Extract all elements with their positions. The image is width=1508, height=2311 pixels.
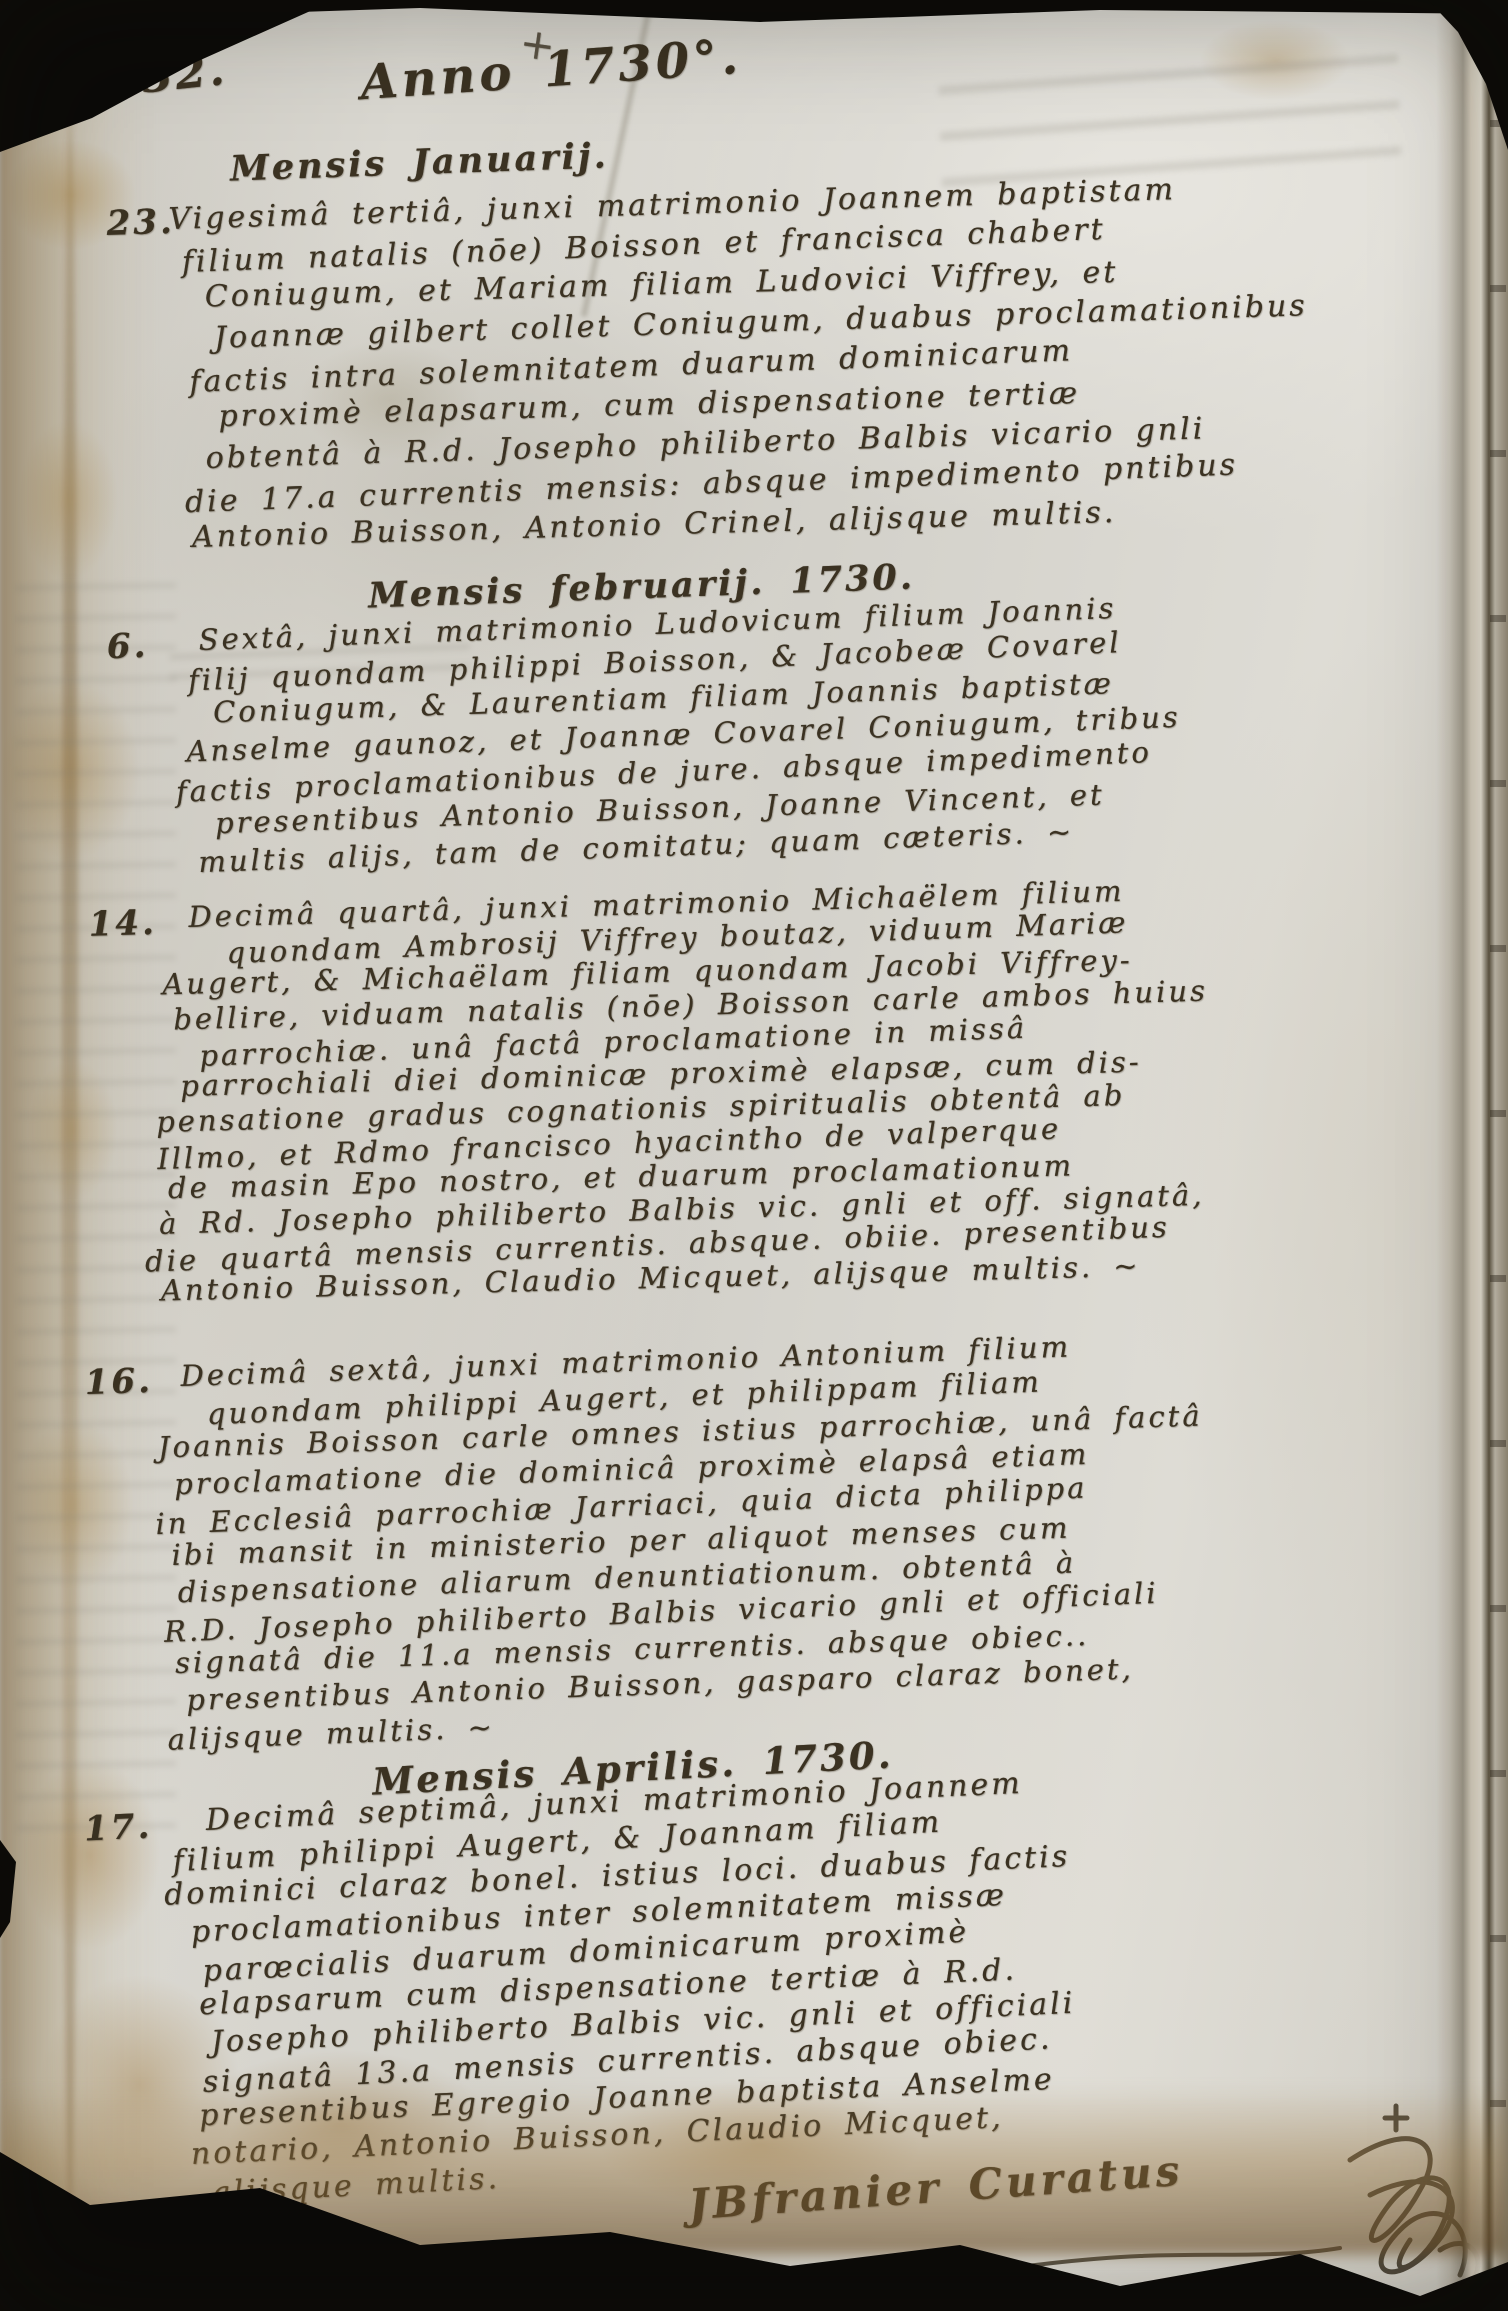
entry-day-number: 17. [83,1806,153,1849]
year-heading: Anno 1730°. [359,29,744,112]
entry-day-number: 23. [106,202,175,244]
entry-day-number: 14. [88,903,157,945]
manuscript-photo: 132. + Anno 1730°. Mensis Januarij. 23. … [0,0,1508,2311]
register-entry-feb-16: 16. Decimâ sextâ, junxi matrimonio Anton… [180,1324,1213,1754]
handwritten-text-layer: 132. + Anno 1730°. Mensis Januarij. 23. … [0,0,1508,2311]
entry-day-number: 6. [106,626,149,667]
register-entry-feb-6: 6. Sextâ, junxi matrimonio Ludovicum fil… [198,588,1185,881]
register-entry-jan-23: 23. Vigesimâ tertiâ, junxi matrimonio Jo… [168,166,1314,560]
entry-day-number: 16. [84,1361,153,1403]
register-entry-feb-14: 14. Decimâ quartâ, junxi matrimonio Mich… [188,872,1216,1308]
month-heading-january: Mensis Januarij. [229,135,609,189]
next-page-edge-marks [1490,120,1506,2220]
